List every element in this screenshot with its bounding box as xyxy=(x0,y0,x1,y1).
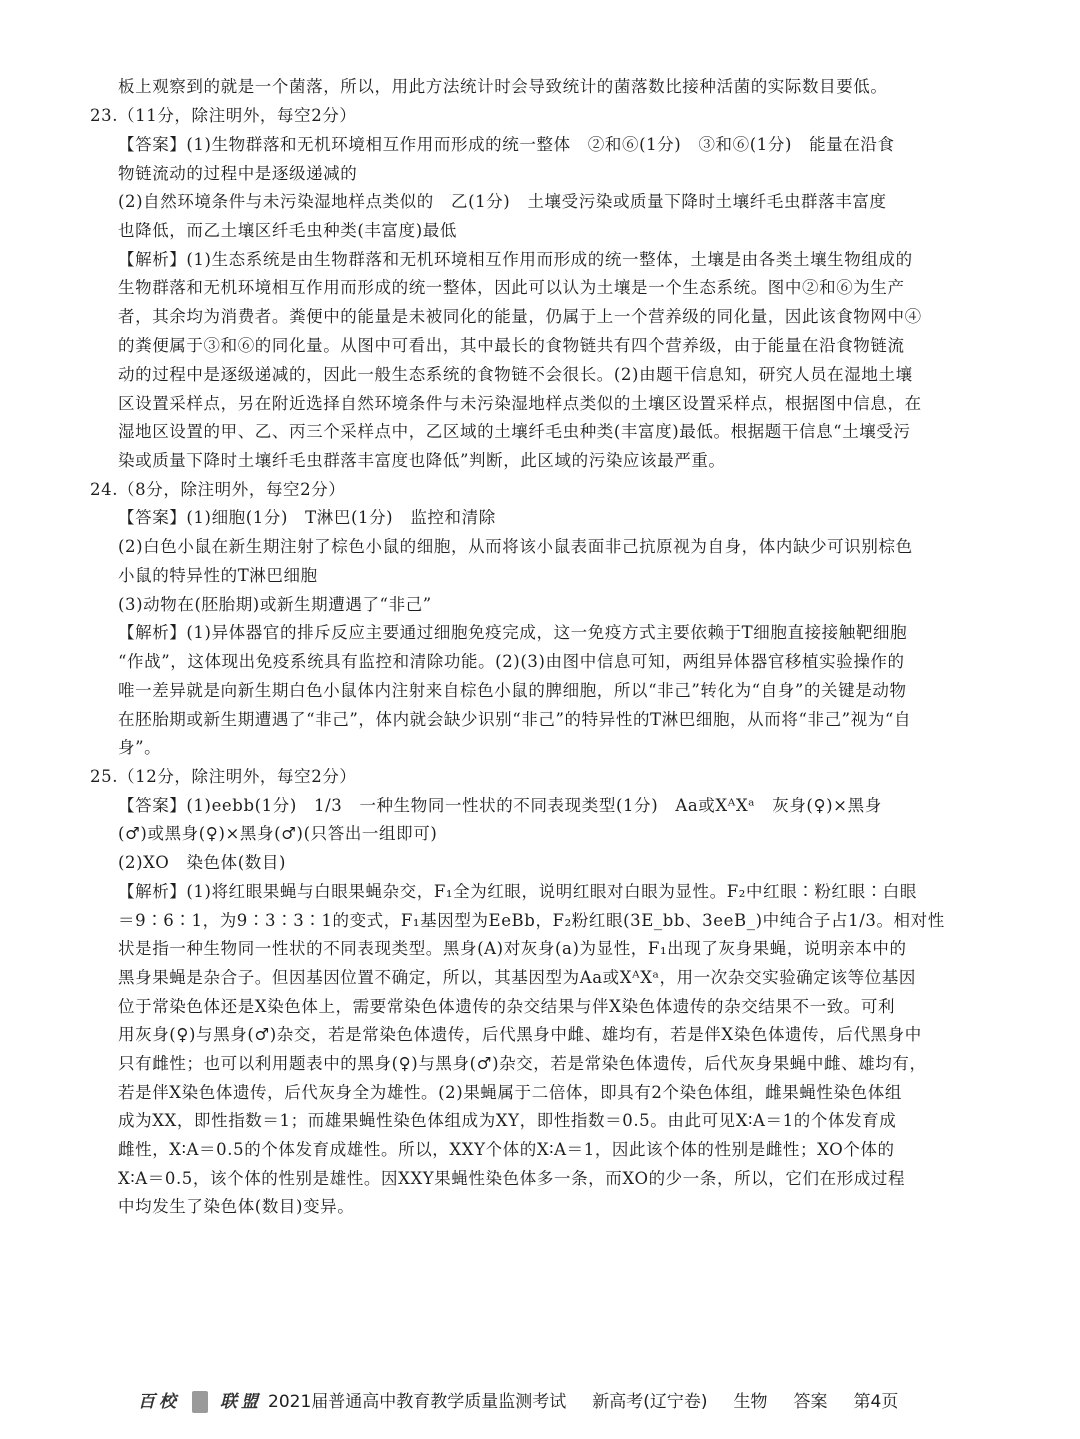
text-line: 【答案】(1)细胞(1分) T淋巴(1分) 监控和清除 xyxy=(118,507,998,529)
text-line: 身”。 xyxy=(118,737,998,759)
text-line: 状是指一种生物同一性状的不同表现类型。黑身(A)对灰身(a)为显性，F₁出现了灰… xyxy=(118,938,998,960)
text-line: (♂)或黑身(♀)×黑身(♂)(只答出一组即可) xyxy=(118,823,998,845)
logo-left-text: 百校 xyxy=(138,1390,180,1414)
answer-page: 板上观察到的就是一个菌落，所以，用此方法统计时会导致统计的菌落数比接种活菌的实际… xyxy=(0,0,1080,1439)
text-line: 也降低，而乙土壤区纤毛虫种类(丰富度)最低 xyxy=(118,220,998,242)
text-line: 用灰身(♀)与黑身(♂)杂交，若是常染色体遗传，后代黑身中雌、雄均有，若是伴X染… xyxy=(118,1024,998,1046)
text-line: 【解析】(1)异体器官的排斥反应主要通过细胞免疫完成，这一免疫方式主要依赖于T细… xyxy=(118,622,998,644)
text-line: 位于常染色体还是X染色体上，需要常染色体遗传的杂交结果与伴X染色体遗传的杂交结果… xyxy=(118,996,998,1018)
doc-type-label: 答案 xyxy=(794,1390,828,1414)
text-line: 只有雌性；也可以利用题表中的黑身(♀)与黑身(♂)杂交，若是常染色体遗传，后代灰… xyxy=(118,1053,998,1075)
text-line: 成为XX，即性指数＝1；而雄果蝇性染色体组成为XY，即性指数＝0.5。由此可见X… xyxy=(118,1110,998,1132)
text-line: 【解析】(1)将红眼果蝇与白眼果蝇杂交，F₁全为红眼，说明红眼对白眼为显性。F₂… xyxy=(118,881,998,903)
text-line: 小鼠的特异性的T淋巴细胞 xyxy=(118,565,998,587)
text-line: “作战”，这体现出免疫系统具有监控和清除功能。(2)(3)由图中信息可知，两组异… xyxy=(118,651,998,673)
text-line: 黑身果蝇是杂合子。但因基因位置不确定，所以，其基因型为Aa或XᴬXᵃ，用一次杂交… xyxy=(118,967,998,989)
question-header: 25.（12分，除注明外，每空2分） xyxy=(90,766,970,788)
text-line: 区设置采样点，另在附近选择自然环境条件与未污染湿地样点类似的土壤区设置采样点，根… xyxy=(118,393,998,415)
text-line: (2)白色小鼠在新生期注射了棕色小鼠的细胞，从而将该小鼠表面非己抗原视为自身，体… xyxy=(118,536,998,558)
text-line: 湿地区设置的甲、乙、丙三个采样点中，乙区域的土壤纤毛虫种类(丰富度)最低。根据题… xyxy=(118,421,998,443)
text-line: (3)动物在(胚胎期)或新生期遭遇了“非己” xyxy=(118,594,998,616)
text-line: 染或质量下降时土壤纤毛虫群落丰富度也降低”判断，此区域的污染应该最严重。 xyxy=(118,450,998,472)
text-line: 雌性，X∶A＝0.5的个体发育成雄性。所以，XXY个体的X∶A＝1，因此该个体的… xyxy=(118,1139,998,1161)
page-footer: 百校 联盟 2021届普通高中教育教学质量监测考试 新高考(辽宁卷) 生物 答案… xyxy=(138,1390,998,1414)
question-header: 23.（11分，除注明外，每空2分） xyxy=(90,105,970,127)
logo-right-text: 联盟 xyxy=(220,1390,262,1414)
text-line: 若是伴X染色体遗传，后代灰身全为雄性。(2)果蝇属于二倍体，即具有2个染色体组，… xyxy=(118,1082,998,1104)
text-line: 中均发生了染色体(数目)变异。 xyxy=(118,1196,998,1218)
text-line: 【答案】(1)eebb(1分) 1/3 一种生物同一性状的不同表现类型(1分) … xyxy=(118,795,998,817)
text-line: 板上观察到的就是一个菌落，所以，用此方法统计时会导致统计的菌落数比接种活菌的实际… xyxy=(118,76,998,98)
text-line: 唯一差异就是向新生期白色小鼠体内注射来自棕色小鼠的脾细胞，所以“非己”转化为“自… xyxy=(118,680,998,702)
text-line: 的粪便属于③和⑥的同化量。从图中可看出，其中最长的食物链共有四个营养级，由于能量… xyxy=(118,335,998,357)
text-line: 者，其余均为消费者。粪便中的能量是未被同化的能量，仍属于上一个营养级的同化量，因… xyxy=(118,306,998,328)
text-line: ＝9∶6∶1，为9∶3∶3∶1的变式，F₁基因型为EeBb，F₂粉红眼(3E_b… xyxy=(118,910,998,932)
text-line: (2)XO 染色体(数目) xyxy=(118,852,998,874)
exam-title: 2021届普通高中教育教学质量监测考试 xyxy=(268,1390,566,1414)
subject-label: 生物 xyxy=(734,1390,768,1414)
text-line: 在胚胎期或新生期遭遇了“非己”，体内就会缺少识别“非己”的特异性的T淋巴细胞，从… xyxy=(118,709,998,731)
edition-label: 新高考(辽宁卷) xyxy=(592,1390,707,1414)
text-line: 【答案】(1)生物群落和无机环境相互作用而形成的统一整体 ②和⑥(1分) ③和⑥… xyxy=(118,134,998,156)
text-line: (2)自然环境条件与未污染湿地样点类似的 乙(1分) 土壤受污染或质量下降时土壤… xyxy=(118,191,998,213)
text-line: 物链流动的过程中是逐级递减的 xyxy=(118,163,998,185)
text-line: 生物群落和无机环境相互作用而形成的统一整体，因此可以认为土壤是一个生态系统。图中… xyxy=(118,277,998,299)
page-number: 第4页 xyxy=(854,1390,899,1414)
logo-seal-icon xyxy=(192,1391,208,1413)
question-header: 24.（8分，除注明外，每空2分） xyxy=(90,479,970,501)
text-line: 动的过程中是逐级递减的，因此一般生态系统的食物链不会很长。(2)由题干信息知，研… xyxy=(118,364,998,386)
text-line: X∶A＝0.5，该个体的性别是雄性。因XXY果蝇性染色体多一条，而XO的少一条，… xyxy=(118,1168,998,1190)
text-line: 【解析】(1)生态系统是由生物群落和无机环境相互作用而形成的统一整体，土壤是由各… xyxy=(118,249,998,271)
